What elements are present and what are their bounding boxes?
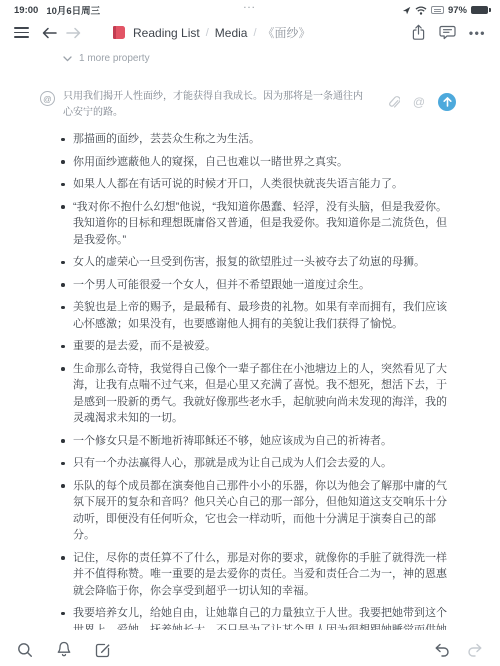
list-item[interactable]: 记住，尽你的责任算不了什么，那是对你的要求，就像你的手脏了就得洗一样并不值得称赞… — [60, 550, 457, 600]
location-arrow-icon — [402, 6, 411, 15]
breadcrumb: Reading List / Media / 《面纱》 — [133, 24, 311, 41]
list-item[interactable]: 我要培养女儿，给她自由，让她靠自己的力量独立于人世。我要把她带到这个世界上，爱她… — [60, 605, 457, 630]
breadcrumb-current-page[interactable]: 《面纱》 — [263, 24, 311, 41]
list-item[interactable]: 美貌也是上帝的赐予，是最稀有、最珍贵的礼物。如果有幸而拥有，我们应该心怀感激；如… — [60, 299, 457, 332]
list-item[interactable]: 如果人人都在有话可说的时候才开口，人类很快就丧失语言能力了。 — [60, 176, 457, 193]
chevron-down-icon — [63, 56, 72, 62]
list-item[interactable]: “我对你不抱什么幻想”他说，“我知道你愚蠢、轻浮，没有头脑，但是我爱你。我知道你… — [60, 199, 457, 249]
compose-icon[interactable] — [95, 642, 111, 658]
more-properties-label: 1 more property — [79, 53, 150, 64]
bullet-list: 那描画的面纱，芸芸众生称之为生活。 你用面纱遮蔽他人的窥探，自己也难以一睹世界之… — [60, 131, 457, 630]
forward-button[interactable] — [66, 27, 81, 39]
list-item[interactable]: 女人的虚荣心一旦受到伤害，报复的欲望胜过一头被夺去了幼崽的母狮。 — [60, 254, 457, 271]
list-item[interactable]: 一个男人可能很爱一个女人，但并不希望跟她一道度过余生。 — [60, 277, 457, 294]
clock: 19:00 — [14, 5, 38, 16]
breadcrumb-reading-list[interactable]: Reading List — [133, 26, 200, 40]
multitask-indicator-dots: ··· — [244, 3, 257, 12]
list-item[interactable]: 只有一个办法赢得人心，那就是成为让自己成为人们会去爱的人。 — [60, 455, 457, 472]
list-item[interactable]: 你用面纱遮蔽他人的窥探，自己也难以一睹世界之真实。 — [60, 154, 457, 171]
bottom-toolbar — [0, 633, 500, 666]
sidebar-menu-button[interactable] — [14, 27, 29, 38]
battery-icon — [471, 6, 488, 14]
nav-bar: Reading List / Media / 《面纱》 ••• — [0, 19, 500, 46]
mention-at-icon[interactable]: @ — [413, 95, 425, 109]
notion-ipad-screen: 19:00 10月6日周三 ··· 97% — [0, 0, 500, 666]
battery-percent: 97% — [448, 5, 467, 16]
list-item[interactable]: 那描画的面纱，芸芸众生称之为生活。 — [60, 131, 457, 148]
list-item[interactable]: 乐队的每个成员都在演奏他自己那件小小的乐器，你以为他会了解那中庸的气氛下展开的复… — [60, 478, 457, 544]
wifi-icon — [415, 6, 427, 15]
list-item[interactable]: 生命那么奇特，我觉得自己像个一辈子都住在小池塘边上的人，突然看见了大海，让我有点… — [60, 361, 457, 427]
share-icon[interactable] — [411, 24, 426, 41]
search-icon[interactable] — [17, 642, 33, 658]
notifications-bell-icon[interactable] — [56, 641, 72, 658]
comment-block[interactable]: @ 只用我们揭开人性面纱，才能获得自我成长。因为那将是一条通往内心安宁的路。 @ — [40, 89, 456, 120]
comment-at-icon: @ — [40, 91, 55, 106]
more-options-button[interactable]: ••• — [469, 28, 486, 38]
back-button[interactable] — [42, 27, 57, 39]
page-body: 那描画的面纱，芸芸众生称之为生活。 你用面纱遮蔽他人的窥探，自己也难以一睹世界之… — [60, 131, 457, 630]
undo-icon[interactable] — [434, 643, 450, 657]
comment-text[interactable]: 只用我们揭开人性面纱，才能获得自我成长。因为那将是一条通往内心安宁的路。 — [63, 89, 366, 120]
page-book-icon — [113, 26, 125, 39]
redo-icon[interactable] — [467, 643, 483, 657]
date-label: 10月6日周三 — [46, 3, 100, 17]
breadcrumb-separator: / — [253, 27, 256, 39]
status-bar: 19:00 10月6日周三 ··· 97% — [0, 0, 500, 17]
comments-icon[interactable] — [439, 25, 456, 40]
send-comment-button[interactable] — [438, 93, 456, 111]
breadcrumb-media[interactable]: Media — [215, 26, 248, 40]
breadcrumb-separator: / — [206, 27, 209, 39]
attachment-paperclip-icon[interactable] — [387, 95, 400, 109]
list-item[interactable]: 重要的是去爱，而不是被爱。 — [60, 338, 457, 355]
more-properties-toggle[interactable]: 1 more property — [63, 53, 150, 64]
list-item[interactable]: 一个修女只是不断地祈祷耶稣还不够，她应该成为自己的祈祷者。 — [60, 433, 457, 450]
keyboard-icon — [431, 6, 444, 14]
